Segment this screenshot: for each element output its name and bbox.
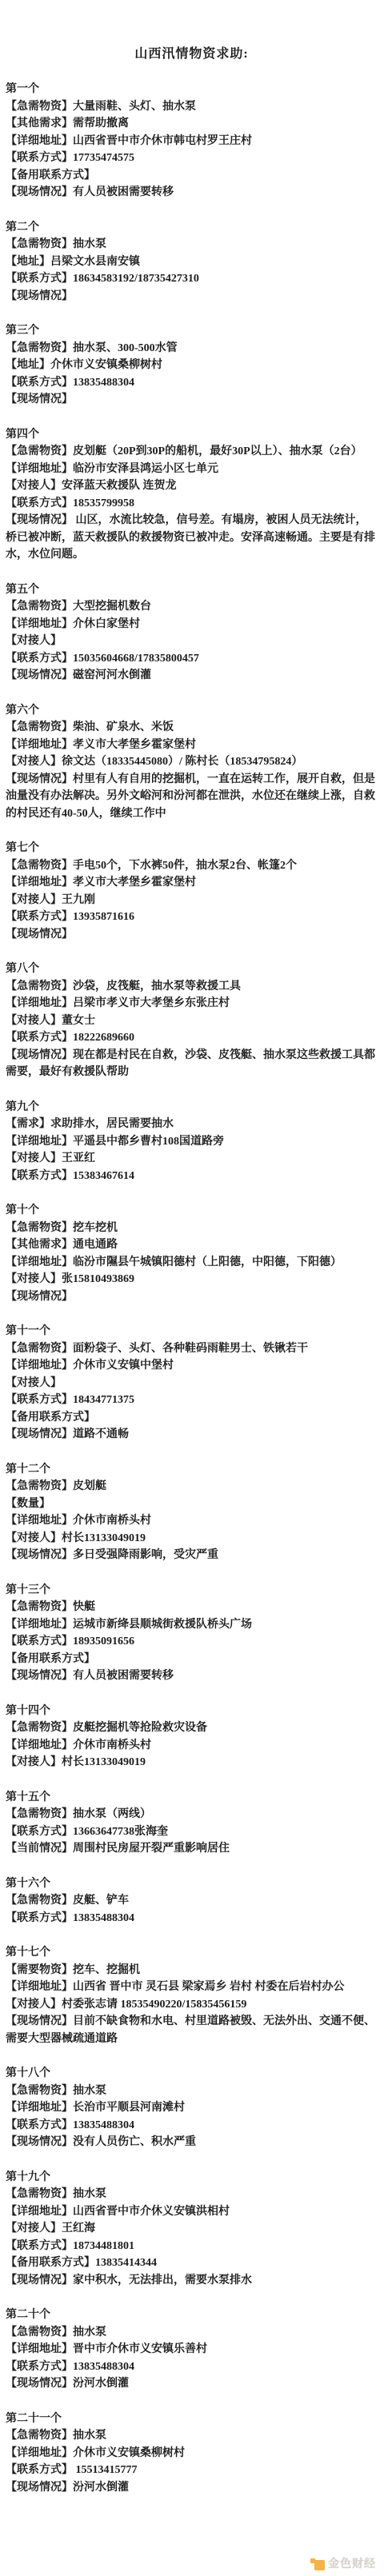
field-line: 【现场情况】 (6, 391, 378, 409)
field-label: 【现场情况】 (6, 514, 73, 526)
field-value: 快艇 (73, 1601, 95, 1613)
field-line: 【详细地址】长治市平顺县河南滩村 (6, 2099, 378, 2117)
field-label: 【备用联系方式】 (6, 1412, 95, 1424)
field-line: 【现场情况】汾河水倒灌 (6, 2479, 378, 2497)
field-label: 【联系方式】 (6, 152, 73, 164)
field-label: 【急需物资】 (6, 2326, 73, 2338)
field-line: 【急需物资】手电50个，下水裤50件，抽水泵2台、帐篷2个 (6, 857, 378, 875)
field-line: 【现场情况】磁窑河河水倒灌 (6, 667, 378, 685)
field-value: 13935871616 (73, 911, 134, 923)
section: 第十个【急需物资】挖车挖机【其他需求】通电通路【详细地址】临汾市隰县午城镇阳德村… (6, 1202, 378, 1305)
field-value: 董女士 (62, 1015, 95, 1027)
field-label: 【现场情况】 (6, 1291, 73, 1303)
field-value: 家中积水，无法排出，需要水泵排水 (73, 2274, 252, 2286)
field-label: 【联系方式】 (6, 2361, 73, 2373)
field-label: 【详细地址】 (6, 1136, 73, 1148)
field-label: 【现场情况】 (6, 929, 73, 941)
field-line: 【详细地址】介休市义安镇中堡村 (6, 1357, 378, 1375)
field-label: 【对接人】 (6, 1756, 62, 1768)
field-value: 村长13133049019 (62, 1532, 146, 1544)
section: 第六个【急需物资】柴油、矿泉水、米饭【详细地址】孝义市大孝堡乡霍家堡村【对接人】… (6, 702, 378, 823)
section-heading: 第九个 (6, 1099, 378, 1116)
section: 第十七个【需要物资】挖车、挖掘机【详细地址】山西省 晋中市 灵石县 梁家焉乡 岩… (6, 1944, 378, 2047)
field-line: 【现场情况】 (6, 1288, 378, 1306)
field-value: 长治市平顺县河南滩村 (73, 2102, 185, 2114)
field-label: 【急需物资】 (6, 445, 73, 457)
field-label: 【详细地址】 (6, 997, 73, 1009)
section-heading: 第五个 (6, 581, 378, 599)
field-line: 【联系方式】 15513415777 (6, 2462, 378, 2479)
field-label: 【对接人】 (6, 1999, 62, 2011)
field-value: 安泽蓝天救援队 连贺龙 (62, 480, 177, 492)
field-value: 介休市义安镇桑柳树村 (50, 359, 162, 371)
field-label: 【现场情况】 (6, 2378, 73, 2390)
field-value: 挖车挖机 (73, 1222, 118, 1234)
field-label: 【联系方式】 (6, 1032, 73, 1044)
field-label: 【急需物资】 (6, 601, 73, 613)
field-label: 【详细地址】 (6, 739, 73, 751)
sections: 第一个【急需物资】大量雨鞋、头灯、抽水泵【其他需求】需帮助撤离【详细地址】山西省… (6, 81, 378, 2496)
field-label: 【急需物资】 (6, 101, 73, 113)
field-label: 【现场情况】 (6, 669, 73, 681)
field-line: 【需求】求助排水，居民需要抽水 (6, 1116, 378, 1133)
field-label: 【地址】 (6, 359, 50, 371)
field-value: 临汾市隰县午城镇阳德村（上阳德，中阳德，下阳德） (73, 1256, 342, 1268)
field-label: 【联系方式】 (6, 911, 73, 923)
section-heading: 第四个 (6, 426, 378, 444)
field-value: 13835414344 (95, 2257, 157, 2269)
field-line: 【对接人】村委张志请 18535490220/15835456159 (6, 1996, 378, 2014)
section: 第七个【急需物资】手电50个，下水裤50件，抽水泵2台、帐篷2个【详细地址】孝义… (6, 840, 378, 943)
field-line: 【急需物资】大型挖掘机数台 (6, 598, 378, 616)
field-label: 【详细地址】 (6, 2102, 73, 2114)
field-line: 【备用联系方式】13835414344 (6, 2254, 378, 2272)
field-line: 【地址】吕梁文水县南安镇 (6, 254, 378, 271)
field-value: 介休市义安镇中堡村 (73, 1360, 174, 1372)
field-line: 【联系方式】18935091656 (6, 1633, 378, 1651)
section-heading: 第二个 (6, 219, 378, 237)
section: 第十二个【急需物资】皮划艇【数量】【详细地址】介休市南桥头村【对接人】村长131… (6, 1461, 378, 1564)
field-line: 【详细地址】山西省晋中市介休市韩屯村罗王庄村 (6, 133, 378, 150)
section: 第二十个【急需物资】抽水泵【详细地址】晋中市介休市义安镇乐善村【联系方式】138… (6, 2306, 378, 2393)
field-label: 【急需物资】 (6, 860, 73, 872)
field-value: 山西省 晋中市 灵石县 梁家焉乡 岩村 村委在后岩村办公 (73, 1981, 345, 1993)
field-label: 【详细地址】 (6, 877, 73, 889)
field-line: 【急需物资】抽水泵、300-500水管 (6, 340, 378, 357)
document-page: 山西汛情物资求助: 第一个【急需物资】大量雨鞋、头灯、抽水泵【其他需求】需帮助撤… (0, 0, 384, 2562)
field-value: 道路不通畅 (73, 1428, 129, 1440)
field-line: 【对接人】村长13133049019 (6, 1530, 378, 1548)
field-value: 有人员被困需要转移 (73, 186, 174, 198)
field-value: 抽水泵 (73, 2085, 106, 2097)
field-label: 【联系方式】 (6, 1912, 73, 1924)
field-line: 【联系方式】18434771375 (6, 1392, 378, 1409)
field-value: 王九刚 (62, 894, 95, 906)
field-line: 【详细地址】山西省晋中市介休义安镇洪相村 (6, 2203, 378, 2221)
field-value: 抽水泵、300-500水管 (73, 342, 178, 354)
field-line: 【现场情况】没有人员伤亡、积水严重 (6, 2134, 378, 2151)
field-label: 【现场情况】 (6, 2274, 73, 2286)
field-value: 13835488304 (73, 377, 134, 389)
field-line: 【详细地址】孝义市大孝堡乡霍家堡村 (6, 737, 378, 754)
section-heading: 第三个 (6, 322, 378, 340)
field-label: 【联系方式】 (6, 273, 73, 285)
field-value: 需帮助撤离 (73, 118, 129, 130)
field-value: 王红海 (62, 2223, 95, 2235)
field-line: 【对接人】 (6, 633, 378, 650)
field-line: 【详细地址】介休白家堡村 (6, 616, 378, 633)
field-value: 抽水泵 (73, 238, 106, 250)
field-line: 【联系方式】17735474575 (6, 150, 378, 167)
field-line: 【急需物资】抽水泵（两线） (6, 1806, 378, 1823)
field-line: 【详细地址】平遥县中都乡曹村108国道路旁 (6, 1133, 378, 1151)
field-value: 15383467614 (73, 1170, 134, 1182)
field-label: 【详细地址】 (6, 2206, 73, 2218)
field-line: 【对接人】徐文达（18335445080）/ 陈村长（18534795824） (6, 753, 378, 771)
field-line: 【急需物资】皮艇挖掘机等抢险救灾设备 (6, 1719, 378, 1737)
field-label: 【急需物资】 (6, 1722, 73, 1734)
field-label: 【详细地址】 (6, 463, 73, 475)
field-value: 抽水泵 (73, 2188, 106, 2200)
field-value: 挖车、挖掘机 (73, 1964, 140, 1976)
field-label: 【现场情况】 (6, 2482, 73, 2494)
field-label: 【详细地址】 (6, 2343, 73, 2355)
field-line: 【对接人】王红海 (6, 2220, 378, 2238)
field-line: 【数量】 (6, 1496, 378, 1513)
field-line: 【急需物资】抽水泵 (6, 236, 378, 254)
field-label: 【现场情况】 (6, 2015, 73, 2027)
field-label: 【急需物资】 (6, 238, 73, 250)
section: 第十八个【急需物资】抽水泵【详细地址】长治市平顺县河南滩村【联系方式】13835… (6, 2065, 378, 2151)
field-label: 【地址】 (6, 256, 50, 268)
section-heading: 第十六个 (6, 1875, 378, 1893)
field-line: 【现场情况】 (6, 926, 378, 944)
field-value: 山西省晋中市介休市韩屯村罗王庄村 (73, 135, 252, 147)
field-label: 【急需物资】 (6, 1808, 73, 1820)
field-line: 【联系方式】13935871616 (6, 909, 378, 926)
section: 第二十一个【急需物资】抽水泵【详细地址】介休市义安镇桑柳树村【联系方式】 155… (6, 2410, 378, 2497)
field-line: 【现场情况】有人员被困需要转移 (6, 1667, 378, 1685)
section-heading: 第十一个 (6, 1323, 378, 1340)
field-line: 【急需物资】抽水泵 (6, 2324, 378, 2342)
field-label: 【现场情况】 (6, 2136, 73, 2148)
field-label: 【联系方式】 (6, 1394, 73, 1406)
field-label: 【备用联系方式】 (6, 1653, 95, 1665)
field-label: 【备用联系方式】 (6, 170, 95, 182)
section: 第三个【急需物资】抽水泵、300-500水管【地址】介休市义安镇桑柳树村【联系方… (6, 322, 378, 409)
field-label: 【急需物资】 (6, 342, 73, 354)
field-label: 【急需物资】 (6, 2085, 73, 2097)
watermark-brand: 金色财经 (328, 2555, 376, 2571)
field-label: 【需要物资】 (6, 1964, 73, 1976)
field-line: 【详细地址】运城市新绛县顺城街救援队桥头广场 (6, 1616, 378, 1634)
section-heading: 第十三个 (6, 1582, 378, 1600)
field-value: 介休市南桥头村 (73, 1515, 151, 1527)
field-line: 【急需物资】挖车挖机 (6, 1220, 378, 1237)
field-line: 【联系方式】18734481801 (6, 2238, 378, 2255)
field-value: 13663647738张海奎 (73, 1826, 168, 1838)
field-line: 【对接人】董女士 (6, 1012, 378, 1030)
field-value: 山西省晋中市介休义安镇洪相村 (73, 2206, 230, 2218)
section: 第十九个【急需物资】抽水泵【详细地址】山西省晋中市介休义安镇洪相村【对接人】王红… (6, 2169, 378, 2290)
field-value: 18434771375 (73, 1394, 134, 1406)
field-value: 面粉袋子、头灯、各种鞋码雨鞋男士、铁锹若干 (73, 1343, 308, 1355)
field-label: 【急需物资】 (6, 1480, 73, 1492)
field-value: 17735474575 (73, 152, 134, 164)
field-line: 【备用联系方式】 (6, 167, 378, 185)
field-line: 【备用联系方式】 (6, 1409, 378, 1427)
field-label: 【对接人】 (6, 1532, 62, 1544)
field-value: 临汾市安泽县鸿运小区七单元 (73, 463, 218, 475)
field-line: 【现场情况】家中积水，无法排出，需要水泵排水 (6, 2272, 378, 2290)
field-value: 多日受强降雨影响，受灾严重 (73, 1549, 218, 1561)
field-label: 【其他需求】 (6, 1239, 73, 1251)
field-label: 【对接人】 (6, 1273, 62, 1285)
field-value: 吕梁文水县南安镇 (50, 256, 140, 268)
field-label: 【急需物资】 (6, 1895, 73, 1907)
field-value: 汾河水倒灌 (73, 2378, 129, 2390)
section: 第一个【急需物资】大量雨鞋、头灯、抽水泵【其他需求】需帮助撤离【详细地址】山西省… (6, 81, 378, 202)
field-line: 【联系方式】18222689660 (6, 1029, 378, 1047)
field-line: 【其他需求】通电通路 (6, 1236, 378, 1254)
field-label: 【需求】 (6, 1118, 50, 1130)
field-line: 【现场情况】多日受强降雨影响，受灾严重 (6, 1547, 378, 1564)
field-line: 【现场情况】现在都是村民在自救，沙袋、皮筏艇、抽水泵这些救援工具都需要，最好有救… (6, 1047, 378, 1081)
field-line: 【急需物资】皮划艇 (6, 1478, 378, 1496)
field-line: 【详细地址】山西省 晋中市 灵石县 梁家焉乡 岩村 村委在后岩村办公 (6, 1979, 378, 1996)
field-line: 【详细地址】晋中市介休市义安镇乐善村 (6, 2341, 378, 2358)
field-line: 【联系方式】15035604668/17835800457 (6, 650, 378, 668)
section: 第九个【需求】求助排水，居民需要抽水【详细地址】平遥县中都乡曹村108国道路旁【… (6, 1099, 378, 1185)
field-value: 皮划艇 (73, 1480, 106, 1492)
page-title: 山西汛情物资求助: (6, 46, 378, 63)
field-line: 【对接人】村长13133049019 (6, 1754, 378, 1771)
section: 第十五个【急需物资】抽水泵（两线）【联系方式】13663647738张海奎【当前… (6, 1789, 378, 1858)
field-line: 【详细地址】孝义市大孝堡乡霍家堡村 (6, 874, 378, 892)
field-label: 【对接人】 (6, 894, 62, 906)
field-line: 【对接人】王九刚 (6, 892, 378, 909)
field-label: 【急需物资】 (6, 1343, 73, 1355)
field-line: 【详细地址】介休市南桥头村 (6, 1737, 378, 1755)
field-label: 【联系方式】 (6, 497, 73, 509)
field-label: 【对接人】 (6, 1152, 62, 1164)
field-line: 【现场情况】汾河水倒灌 (6, 2375, 378, 2393)
field-line: 【对接人】安泽蓝天救援队 连贺龙 (6, 477, 378, 495)
section-heading: 第七个 (6, 840, 378, 857)
field-line: 【对接人】 (6, 1375, 378, 1392)
field-line: 【现场情况】目前不缺食物和水电、村里道路被毁、无法外出、交通不便、需要大型器械疏… (6, 2013, 378, 2047)
section-heading: 第十九个 (6, 2169, 378, 2187)
section-heading: 第二十个 (6, 2306, 378, 2324)
section: 第十三个【急需物资】快艇【详细地址】运城市新绛县顺城街救援队桥头广场【联系方式】… (6, 1582, 378, 1685)
field-line: 【现场情况】道路不通畅 (6, 1426, 378, 1444)
field-value: 抽水泵 (73, 2326, 106, 2338)
field-value: 18935091656 (73, 1635, 134, 1647)
section: 第八个【急需物资】沙袋，皮筏艇，抽水泵等救援工具【详细地址】吕梁市孝义市大孝堡乡… (6, 961, 378, 1081)
section-heading: 第八个 (6, 961, 378, 978)
field-value: 孝义市大孝堡乡霍家堡村 (73, 877, 196, 889)
field-label: 【现场情况】 (6, 773, 73, 785)
field-label: 【联系方式】 (6, 653, 73, 665)
field-value: 求助排水，居民需要抽水 (50, 1118, 174, 1130)
field-label: 【详细地址】 (6, 135, 73, 147)
field-line: 【当前情况】周围村民房屋开裂严重影响居住 (6, 1840, 378, 1858)
field-label: 【现场情况】 (6, 1049, 73, 1061)
field-value: 磁窑河河水倒灌 (73, 669, 151, 681)
field-label: 【急需物资】 (6, 721, 73, 733)
field-line: 【联系方式】13835488304 (6, 2117, 378, 2135)
field-value: 13835488304 (73, 2119, 134, 2131)
field-line: 【急需物资】大量雨鞋、头灯、抽水泵 (6, 98, 378, 116)
field-line: 【详细地址】吕梁市孝义市大孝堡乡东张庄村 (6, 995, 378, 1012)
field-label: 【现场情况】 (6, 1428, 73, 1440)
jinse-logo-icon (310, 2556, 325, 2570)
field-value: 抽水泵 (73, 2430, 106, 2442)
field-value: 张15810493869 (62, 1273, 134, 1285)
field-label: 【其他需求】 (6, 118, 73, 130)
field-label: 【对接人】 (6, 1377, 62, 1389)
field-value: 大型挖掘机数台 (73, 601, 151, 613)
field-label: 【详细地址】 (6, 1619, 73, 1631)
field-line: 【地址】介休市义安镇桑柳树村 (6, 357, 378, 374)
field-label: 【备用联系方式】 (6, 2257, 95, 2269)
field-label: 【现场情况】 (6, 290, 73, 302)
section: 第十四个【急需物资】皮艇挖掘机等抢险救灾设备【详细地址】介休市南桥头村【对接人】… (6, 1703, 378, 1771)
field-line: 【急需物资】抽水泵 (6, 2083, 378, 2100)
field-value: 柴油、矿泉水、米饭 (73, 721, 174, 733)
field-line: 【详细地址】临汾市隰县午城镇阳德村（上阳德，中阳德，下阳德） (6, 1254, 378, 1272)
field-value: 皮艇挖掘机等抢险救灾设备 (73, 1722, 207, 1734)
field-line: 【急需物资】抽水泵 (6, 2427, 378, 2445)
field-label: 【急需物资】 (6, 980, 73, 992)
field-label: 【现场情况】 (6, 186, 73, 198)
field-line: 【联系方式】13835488304 (6, 2358, 378, 2376)
section-heading: 第十四个 (6, 1703, 378, 1720)
field-line: 【急需物资】柴油、矿泉水、米饭 (6, 719, 378, 737)
field-line: 【现场情况】村里有人有自用的挖掘机，一直在运转工作，展开自救，但是油量没有办法解… (6, 771, 378, 823)
field-label: 【详细地址】 (6, 1256, 73, 1268)
field-line: 【急需物资】快艇 (6, 1599, 378, 1616)
field-value: 大量雨鞋、头灯、抽水泵 (73, 101, 196, 113)
field-label: 【现场情况】 (6, 1670, 73, 1682)
field-line: 【急需物资】面粉袋子、头灯、各种鞋码雨鞋男士、铁锹若干 (6, 1340, 378, 1358)
field-label: 【急需物资】 (6, 1601, 73, 1613)
field-line: 【现场情况】有人员被困需要转移 (6, 184, 378, 202)
field-line: 【急需物资】皮艇、铲车 (6, 1892, 378, 1910)
field-label: 【详细地址】 (6, 1360, 73, 1372)
field-value: 介休市义安镇桑柳树村 (73, 2447, 185, 2459)
field-line: 【详细地址】介休市南桥头村 (6, 1512, 378, 1530)
field-label: 【联系方式】 (6, 2240, 73, 2252)
field-line: 【急需物资】抽水泵 (6, 2186, 378, 2203)
field-line: 【联系方式】18535799958 (6, 495, 378, 513)
field-line: 【急需物资】皮划艇（20P到30P的船机，最好30P以上）、抽水泵（2台） (6, 443, 378, 461)
field-label: 【现场情况】 (6, 393, 73, 405)
field-label: 【对接人】 (6, 2223, 62, 2235)
field-value: 皮艇、铲车 (73, 1895, 129, 1907)
section-heading: 第二十一个 (6, 2410, 378, 2428)
field-label: 【对接人】 (6, 480, 62, 492)
field-value: 18222689660 (73, 1032, 134, 1044)
field-value: 村长13133049019 (62, 1756, 146, 1768)
section: 第五个【急需物资】大型挖掘机数台【详细地址】介休白家堡村【对接人】【联系方式】1… (6, 581, 378, 685)
field-value: 周围村民房屋开裂严重影响居住 (73, 1843, 230, 1855)
field-value: 13835488304 (73, 2361, 134, 2373)
field-label: 【联系方式】 (6, 1826, 73, 1838)
field-label: 【联系方式】 (6, 2119, 73, 2131)
field-value: 徐文达（18335445080）/ 陈村长（18534795824） (62, 756, 302, 768)
field-value: 汾河水倒灌 (73, 2482, 129, 2494)
field-label: 【现场情况】 (6, 1549, 73, 1561)
field-line: 【详细地址】介休市义安镇桑柳树村 (6, 2445, 378, 2462)
field-value: 手电50个，下水裤50件，抽水泵2台、帐篷2个 (73, 860, 297, 872)
field-label: 【对接人】 (6, 756, 62, 768)
field-line: 【备用联系方式】 (6, 1651, 378, 1668)
field-value: 皮划艇（20P到30P的船机，最好30P以上）、抽水泵（2台） (73, 445, 362, 457)
section-heading: 第六个 (6, 702, 378, 720)
field-value: 吕梁市孝义市大孝堡乡东张庄村 (73, 997, 230, 1009)
field-label: 【对接人】 (6, 635, 62, 647)
field-label: 【详细地址】 (6, 2447, 73, 2459)
field-line: 【其他需求】需帮助撤离 (6, 115, 378, 133)
field-label: 【详细地址】 (6, 1981, 73, 1993)
field-value: 18734481801 (73, 2240, 134, 2252)
field-label: 【联系方式】 (6, 2464, 73, 2476)
field-value: 村委张志请 18535490220/15835456159 (62, 1999, 246, 2011)
field-value: 有人员被困需要转移 (73, 1670, 174, 1682)
field-value: 18634583192/18735427310 (73, 273, 199, 285)
section-heading: 第十五个 (6, 1789, 378, 1807)
field-value: 王亚红 (62, 1152, 95, 1164)
field-line: 【对接人】王亚红 (6, 1150, 378, 1168)
field-label: 【联系方式】 (6, 1170, 73, 1182)
field-value: 没有人员伤亡、积水严重 (73, 2136, 196, 2148)
field-line: 【对接人】张15810493869 (6, 1271, 378, 1288)
section: 第四个【急需物资】皮划艇（20P到30P的船机，最好30P以上）、抽水泵（2台）… (6, 426, 378, 564)
field-line: 【需要物资】挖车、挖掘机 (6, 1962, 378, 1979)
field-value: 沙袋，皮筏艇，抽水泵等救援工具 (73, 980, 241, 992)
section-heading: 第十八个 (6, 2065, 378, 2083)
section-heading: 第十七个 (6, 1944, 378, 1962)
field-value: 晋中市介休市义安镇乐善村 (73, 2343, 207, 2355)
field-value: 13835488304 (73, 1912, 134, 1924)
field-value: 孝义市大孝堡乡霍家堡村 (73, 739, 196, 751)
field-line: 【详细地址】临汾市安泽县鸿运小区七单元 (6, 461, 378, 478)
field-value: 18535799958 (73, 497, 134, 509)
field-line: 【现场情况】 山区，水流比较急，信号差。有塌房，被困人员无法统计，桥已被冲断，蓝… (6, 512, 378, 564)
field-line: 【联系方式】18634583192/18735427310 (6, 270, 378, 288)
section: 第二个【急需物资】抽水泵【地址】吕梁文水县南安镇【联系方式】1863458319… (6, 219, 378, 306)
field-label: 【详细地址】 (6, 1739, 73, 1751)
field-value: 通电通路 (73, 1239, 118, 1251)
field-value: 运城市新绛县顺城街救援队桥头广场 (73, 1619, 252, 1631)
section: 第十一个【急需物资】面粉袋子、头灯、各种鞋码雨鞋男士、铁锹若干【详细地址】介休市… (6, 1323, 378, 1444)
field-value: 15035604668/17835800457 (73, 653, 199, 665)
field-label: 【急需物资】 (6, 2188, 73, 2200)
field-line: 【联系方式】15383467614 (6, 1168, 378, 1185)
field-value: 15513415777 (73, 2464, 138, 2476)
watermark: 金色财经 (310, 2555, 376, 2571)
field-label: 【数量】 (6, 1498, 50, 1510)
field-label: 【联系方式】 (6, 377, 73, 389)
field-value: 介休白家堡村 (73, 618, 140, 630)
field-label: 【对接人】 (6, 1015, 62, 1027)
section-heading: 第十个 (6, 1202, 378, 1220)
field-label: 【联系方式】 (6, 1635, 73, 1647)
field-line: 【联系方式】13835488304 (6, 1910, 378, 1927)
section-heading: 第十二个 (6, 1461, 378, 1479)
section: 第十六个【急需物资】皮艇、铲车【联系方式】13835488304 (6, 1875, 378, 1927)
